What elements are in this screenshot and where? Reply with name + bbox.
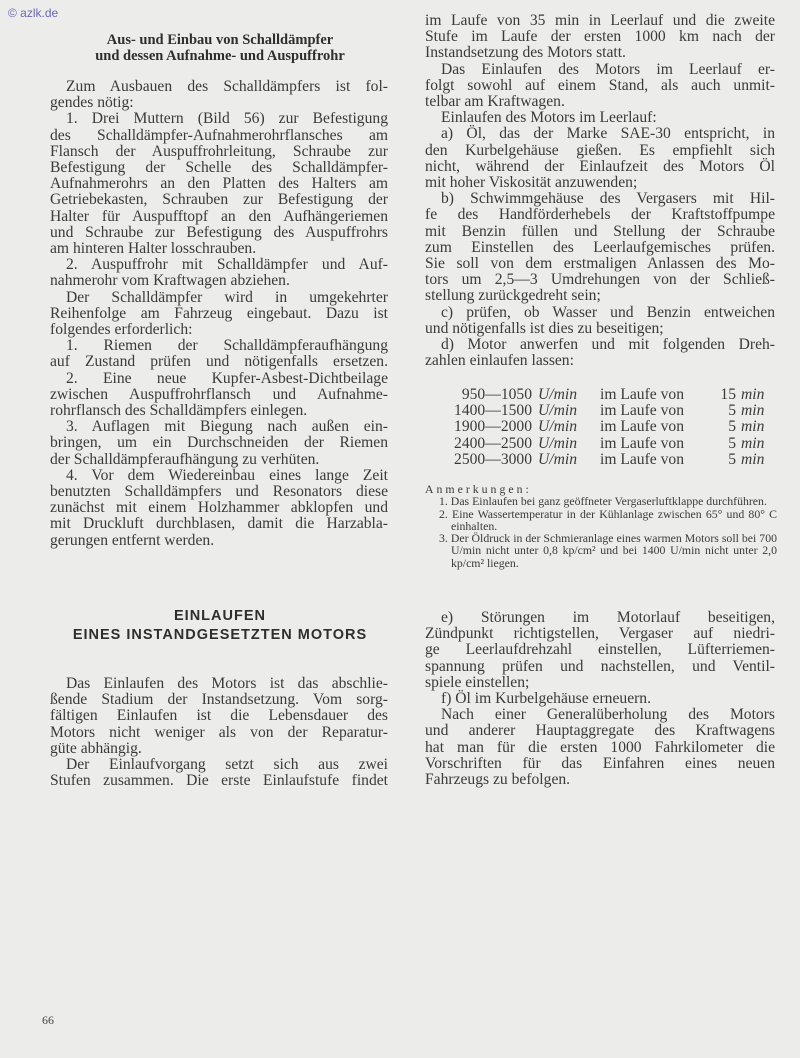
heading-line: Aus- und Einbau von Schalldämpfer	[50, 32, 390, 48]
rpm-text: im Laufe von	[596, 403, 720, 419]
text-line: Der Einlaufvorgang setzt sich aus zwei	[50, 757, 388, 773]
text-line: Getriebekasten, Schrauben zur Befestigun…	[50, 192, 388, 208]
text-line: Motors nicht weniger als von der Reparat…	[50, 725, 388, 741]
text-line: spiele einstellen;	[425, 675, 775, 691]
text-line: f) Öl im Kurbelgehäuse erneuern.	[425, 691, 775, 707]
text-line: 4. Vor dem Wiedereinbau eines lange Zeit	[50, 468, 388, 484]
text-line: zwischen Auspuffrohrflansch und Aufnahme…	[50, 387, 388, 403]
rpm-range: 1400—1500	[440, 403, 532, 419]
rpm-duration: 15	[720, 387, 736, 403]
text-line: güte abhängig.	[50, 741, 388, 757]
rpm-text: im Laufe von	[596, 452, 720, 468]
text-line: Befestigung der Schelle des Schalldämpfe…	[50, 160, 388, 176]
rpm-unit: U/min	[532, 403, 596, 419]
text-line: hat man für die ersten 1000 Fahrkilomete…	[425, 740, 775, 756]
notes-list: 1. Das Einlaufen bei ganz geöffneter Ver…	[425, 495, 777, 569]
text-line: und anderer Hauptaggregate des Kraftwage…	[425, 723, 775, 739]
text-line: Reihenfolge am Fahrzeug eingebaut. Dazu …	[50, 306, 388, 322]
text-line: folgendes erforderlich:	[50, 322, 388, 338]
rpm-row: 950—1050U/minim Laufe von15min	[440, 387, 764, 403]
rpm-duration-unit: min	[736, 403, 764, 419]
text-line: Stufe im Laufe der ersten 1000 km nach d…	[425, 29, 775, 45]
text-line: Zündpunkt richtigstellen, Vergaser auf n…	[425, 626, 775, 642]
rpm-duration: 5	[720, 419, 736, 435]
text-line: mit hoher Viskosität anzuwenden;	[425, 175, 775, 191]
text-line: mit Benzin füllen und Stellung der Schra…	[425, 224, 775, 240]
rpm-text: im Laufe von	[596, 419, 720, 435]
heading-line: EINES INSTANDGESETZTEN MOTORS	[40, 626, 400, 645]
text-line: ßende Stadium der Instandsetzung. Vom so…	[50, 692, 388, 708]
heading-line: und dessen Aufnahme- und Auspuffrohr	[50, 48, 390, 64]
rpm-table: 950—1050U/minim Laufe von15min1400—1500U…	[440, 387, 764, 468]
text-line: Das Einlaufen des Motors im Leerlauf er-	[425, 62, 775, 78]
text-line: Fahrzeugs zu befolgen.	[425, 772, 775, 788]
rpm-duration-unit: min	[736, 387, 764, 403]
rpm-range: 2500—3000	[440, 452, 532, 468]
text-line: Einlaufen des Motors im Leerlauf:	[425, 110, 775, 126]
text-line: spannung prüfen und nachstellen, und Ven…	[425, 659, 775, 675]
text-line: Das Einlaufen des Motors ist das abschli…	[50, 676, 388, 692]
text-line: telbar am Kraftwagen.	[425, 94, 775, 110]
text-line: 1. Riemen der Schalldämpferaufhängung	[50, 338, 388, 354]
text-line: nicht, während der Einlaufzeit des Motor…	[425, 159, 775, 175]
text-line: Halter für Auspufftopf an den Aufhängeri…	[50, 209, 388, 225]
section1-body: Zum Ausbauen des Schalldämpfers ist fol-…	[50, 79, 388, 549]
text-line: rohrflansch des Schalldämpfers einlegen.	[50, 403, 388, 419]
rpm-unit: U/min	[532, 436, 596, 452]
watermark: © azlk.de	[8, 6, 58, 20]
text-line: am hinteren Halter losschrauben.	[50, 241, 388, 257]
page-number: 66	[42, 1013, 54, 1028]
notes: Anmerkungen: 1. Das Einlaufen bei ganz g…	[425, 483, 777, 569]
text-line: 3. Auflagen mit Biegung nach außen ein-	[50, 419, 388, 435]
text-line: gendes nötig:	[50, 95, 388, 111]
rpm-row: 1400—1500U/minim Laufe von5min	[440, 403, 764, 419]
text-line: im Laufe von 35 min in Leerlauf und die …	[425, 13, 775, 29]
text-line: stellung zurückgedreht sein;	[425, 288, 775, 304]
text-line: des Schalldämpfer-Aufnahmerohrflansches …	[50, 128, 388, 144]
right-column-bottom: e) Störungen im Motorlauf beseitigen,Zün…	[425, 610, 775, 788]
note-item: 2. Eine Wassertemperatur in der Kühlanla…	[425, 508, 777, 533]
text-line: Nach einer Generalüberholung des Motors	[425, 707, 775, 723]
text-line: 2. Eine neue Kupfer-Asbest-Dichtbeilage	[50, 371, 388, 387]
section-heading-schalldaempfer: Aus- und Einbau von Schalldämpfer und de…	[50, 32, 390, 64]
text-line: zahlen einlaufen lassen:	[425, 353, 775, 369]
rpm-duration: 5	[720, 403, 736, 419]
text-line: Flansch der Auspuffrohrleitung, Schraube…	[50, 144, 388, 160]
text-line: zum Einstellen des Leerlaufgemisches prü…	[425, 240, 775, 256]
text-line: Der Schalldämpfer wird in umgekehrter	[50, 290, 388, 306]
text-line: Aufnahmerohrs an den Platten des Halters…	[50, 176, 388, 192]
text-line: ge Leerlaufdrehzahl einstellen, Lüfterri…	[425, 642, 775, 658]
text-line: Vorschriften für das Einfahren eines neu…	[425, 756, 775, 772]
text-line: tors um 2,5—3 Umdrehungen von der Schlie…	[425, 272, 775, 288]
rpm-duration: 5	[720, 452, 736, 468]
section-heading-einlaufen: EINLAUFEN EINES INSTANDGESETZTEN MOTORS	[40, 607, 400, 645]
text-line: bringen, um ein Durchschneiden der Rieme…	[50, 435, 388, 451]
text-line: Stufen zusammen. Die erste Einlaufstufe …	[50, 773, 388, 789]
text-line: zunächst mit einem Holzhammer abklopfen …	[50, 500, 388, 516]
text-line: und nötigenfalls ist dies zu beseitigen;	[425, 321, 775, 337]
text-line: fältigen Einlaufen ist die Lebensdauer d…	[50, 708, 388, 724]
rpm-unit: U/min	[532, 387, 596, 403]
text-line: folgt sowohl auf einem Stand, als auch u…	[425, 78, 775, 94]
text-line: c) prüfen, ob Wasser und Benzin entweich…	[425, 305, 775, 321]
right-column-top: im Laufe von 35 min in Leerlauf und die …	[425, 13, 775, 369]
text-line: auf Zustand prüfen und nötigenfalls erse…	[50, 354, 388, 370]
text-line: Instandsetzung des Motors statt.	[425, 45, 775, 61]
rpm-duration-unit: min	[736, 452, 764, 468]
text-line: e) Störungen im Motorlauf beseitigen,	[425, 610, 775, 626]
rpm-unit: U/min	[532, 452, 596, 468]
rpm-duration: 5	[720, 436, 736, 452]
rpm-row: 2400—2500U/minim Laufe von5min	[440, 436, 764, 452]
rpm-range: 1900—2000	[440, 419, 532, 435]
rpm-row: 1900—2000U/minim Laufe von5min	[440, 419, 764, 435]
text-line: gerungen entfernt werden.	[50, 533, 388, 549]
text-line: b) Schwimmgehäuse des Vergasers mit Hil-	[425, 191, 775, 207]
rpm-duration-unit: min	[736, 419, 764, 435]
section2-body: Das Einlaufen des Motors ist das abschli…	[50, 676, 388, 789]
note-item: 3. Der Öldruck in der Schmieranlage eine…	[425, 532, 777, 569]
rpm-text: im Laufe von	[596, 387, 720, 403]
text-line: der Schalldämpferaufhängung zu verhüten.	[50, 452, 388, 468]
text-line: und Schraube zur Befestigung des Auspuff…	[50, 225, 388, 241]
rpm-range: 950—1050	[440, 387, 532, 403]
rpm-unit: U/min	[532, 419, 596, 435]
text-line: den Kurbelgehäuse gießen. Es empfiehlt s…	[425, 143, 775, 159]
text-line: 2. Auspuffrohr mit Schalldämpfer und Auf…	[50, 257, 388, 273]
text-line: Sie soll von dem erstmaligen Anlassen de…	[425, 256, 775, 272]
text-line: benutzten Schalldämpfers und Resonators …	[50, 484, 388, 500]
text-line: fe des Handförderhebels der Kraftstoffpu…	[425, 207, 775, 223]
rpm-range: 2400—2500	[440, 436, 532, 452]
text-line: a) Öl, das der Marke SAE-30 entspricht, …	[425, 126, 775, 142]
rpm-text: im Laufe von	[596, 436, 720, 452]
rpm-duration-unit: min	[736, 436, 764, 452]
heading-line: EINLAUFEN	[40, 607, 400, 626]
rpm-row: 2500—3000U/minim Laufe von5min	[440, 452, 764, 468]
note-item: 1. Das Einlaufen bei ganz geöffneter Ver…	[425, 495, 777, 507]
text-line: mit Druckluft durchblasen, damit die Har…	[50, 516, 388, 532]
text-line: nahmerohr vom Kraftwagen abziehen.	[50, 273, 388, 289]
text-line: 1. Drei Muttern (Bild 56) zur Befestigun…	[50, 111, 388, 127]
text-line: Zum Ausbauen des Schalldämpfers ist fol-	[50, 79, 388, 95]
text-line: d) Motor anwerfen und mit folgenden Dreh…	[425, 337, 775, 353]
